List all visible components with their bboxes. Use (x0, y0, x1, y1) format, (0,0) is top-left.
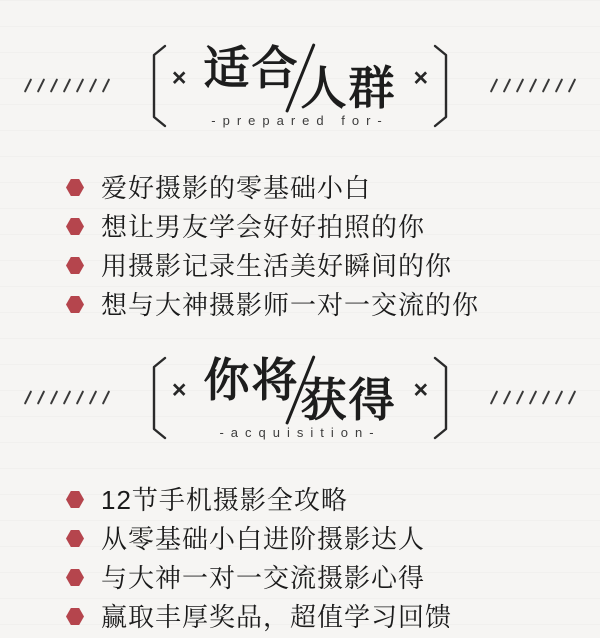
hatch-mark (568, 390, 576, 404)
hatch-mark (76, 78, 84, 92)
hexagon-bullet-icon (66, 530, 84, 547)
hatch-mark (37, 78, 45, 92)
hexagon-bullet-icon (66, 569, 84, 586)
hatch-mark (568, 78, 576, 92)
list-item-text: 想让男友学会好好拍照的你 (101, 214, 425, 240)
list-item: 赢取丰厚奖品，超值学习回馈 (66, 597, 600, 636)
bracket-left-icon (147, 356, 167, 445)
hatch-mark (50, 390, 58, 404)
list-item: 12节手机摄影全攻略 (66, 480, 600, 519)
list-item: 从零基础小白进阶摄影达人 (66, 519, 600, 558)
section-header: × 适合 人群 × -prepared for- (0, 34, 600, 130)
hatch-mark (529, 390, 537, 404)
hexagon-bullet-icon (66, 491, 84, 508)
bracket-left-icon (147, 44, 167, 133)
header-title-group: × 你将 获得 × (172, 352, 428, 428)
hatch-mark (89, 390, 97, 404)
list-item: 想与大神摄影师一对一交流的你 (66, 285, 600, 324)
hatch-mark (503, 390, 511, 404)
bracket-right-icon (433, 356, 453, 445)
hatch-mark (50, 78, 58, 92)
section-title: 适合 人群 (204, 41, 397, 115)
hatch-mark (490, 78, 498, 92)
section-title: 你将 获得 (204, 353, 397, 427)
list-item: 想让男友学会好好拍照的你 (66, 207, 600, 246)
hatch-mark (529, 78, 537, 92)
title-part-2: 人群 (301, 65, 397, 111)
list-item: 爱好摄影的零基础小白 (66, 168, 600, 207)
hatch-mark (516, 390, 524, 404)
audience-list: 爱好摄影的零基础小白 想让男友学会好好拍照的你 用摄影记录生活美好瞬间的你 想与… (66, 168, 600, 324)
hatch-mark (555, 78, 563, 92)
hatch-mark (63, 390, 71, 404)
hatch-mark (102, 78, 110, 92)
hexagon-bullet-icon (66, 179, 84, 196)
hatch-mark (542, 390, 550, 404)
hatch-mark (555, 390, 563, 404)
cross-mark-left: × (172, 378, 187, 403)
benefits-list: 12节手机摄影全攻略 从零基础小白进阶摄影达人 与大神一对一交流摄影心得 赢取丰… (66, 480, 600, 636)
bracket-right-icon (433, 44, 453, 133)
hexagon-bullet-icon (66, 296, 84, 313)
title-part-1: 适合 (204, 45, 300, 91)
hatch-marks-right (493, 78, 573, 93)
hatch-mark (24, 78, 32, 92)
list-item-text: 12节手机摄影全攻略 (101, 487, 348, 513)
title-part-2: 获得 (301, 377, 397, 423)
hatch-mark (76, 390, 84, 404)
hatch-marks-left (27, 390, 107, 405)
hatch-marks-right (493, 390, 573, 405)
hexagon-bullet-icon (66, 608, 84, 625)
section-header: × 你将 获得 × -acquisition- (0, 346, 600, 442)
hexagon-bullet-icon (66, 257, 84, 274)
list-item: 用摄影记录生活美好瞬间的你 (66, 246, 600, 285)
list-item-text: 用摄影记录生活美好瞬间的你 (101, 253, 452, 279)
section-subtitle: -acquisition- (219, 425, 380, 440)
section-acquisition: × 你将 获得 × -acquisition- 12节手机摄影全攻略 从零基础小… (0, 346, 600, 636)
list-item-text: 爱好摄影的零基础小白 (101, 175, 371, 201)
list-item-text: 想与大神摄影师一对一交流的你 (101, 292, 479, 318)
hatch-mark (503, 78, 511, 92)
hatch-mark (490, 390, 498, 404)
list-item-text: 从零基础小白进阶摄影达人 (101, 526, 425, 552)
section-prepared-for: × 适合 人群 × -prepared for- 爱好摄影的零基础小白 想让男友… (0, 34, 600, 324)
title-part-1: 你将 (204, 357, 300, 403)
hatch-mark (542, 78, 550, 92)
section-subtitle: -prepared for- (211, 113, 388, 128)
hatch-mark (63, 78, 71, 92)
cross-mark-left: × (172, 66, 187, 91)
hatch-mark (24, 390, 32, 404)
hatch-mark (516, 78, 524, 92)
hatch-mark (102, 390, 110, 404)
hexagon-bullet-icon (66, 218, 84, 235)
hatch-marks-left (27, 78, 107, 93)
hatch-mark (37, 390, 45, 404)
list-item-text: 赢取丰厚奖品，超值学习回馈 (101, 604, 452, 630)
cross-mark-right: × (414, 66, 429, 91)
header-title-group: × 适合 人群 × (172, 40, 428, 116)
list-item-text: 与大神一对一交流摄影心得 (101, 565, 425, 591)
hatch-mark (89, 78, 97, 92)
list-item: 与大神一对一交流摄影心得 (66, 558, 600, 597)
cross-mark-right: × (414, 378, 429, 403)
